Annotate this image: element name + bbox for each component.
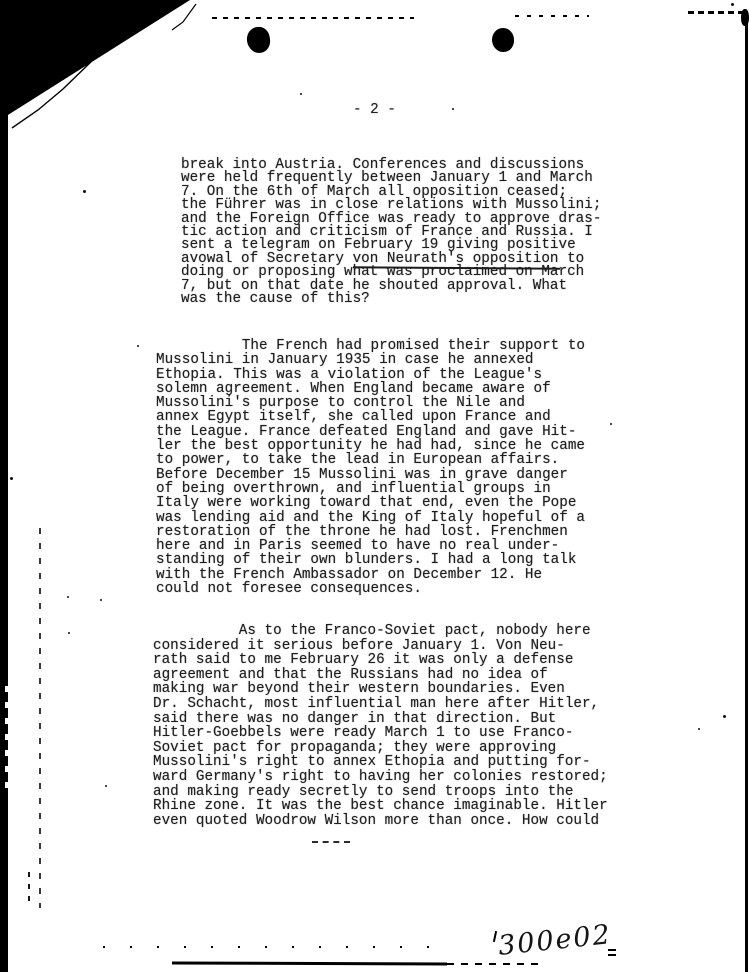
scan-speck (10, 477, 13, 480)
scanned-document-page: - 2 - break into Austria. Conferences an… (0, 0, 750, 972)
scan-speck (83, 190, 86, 193)
scan-top-dashes (688, 11, 744, 14)
scan-bottom-line (172, 962, 447, 966)
scan-margin-dashes (39, 528, 41, 908)
scan-speck (698, 728, 700, 730)
scan-left-edge-bar (0, 0, 8, 972)
scan-speck (67, 596, 69, 598)
hole-punch-right (492, 28, 514, 52)
scan-bottom-line-tail (447, 963, 543, 965)
letter-paragraph: break into Austria. Conferences and disc… (181, 159, 601, 306)
scan-speck (452, 108, 454, 110)
letter-paragraph: As to the Franco-Soviet pact, nobody her… (153, 624, 608, 828)
hole-punch-left (245, 26, 271, 55)
scan-right-edge-line (745, 13, 748, 972)
scan-margin-dashes (28, 872, 30, 908)
underline-woodrow-wilson (312, 841, 350, 843)
scan-bottom-dots (103, 946, 448, 948)
scan-speck (100, 599, 102, 601)
scan-speck (731, 3, 734, 6)
scan-speck (610, 423, 612, 425)
scan-speck (105, 785, 107, 787)
page-number: - 2 - (353, 102, 396, 118)
scan-speck (137, 345, 139, 347)
scan-speck (723, 715, 726, 718)
handwritten-archive-number: 300e02 (497, 919, 613, 962)
scan-speck (68, 632, 70, 634)
letter-paragraph: The French had promised their support to… (156, 339, 585, 596)
scan-speck (300, 93, 302, 95)
scan-right-edge-blob (741, 9, 749, 26)
scan-corner-artifact (0, 0, 190, 120)
scan-top-dashes (515, 15, 589, 17)
scan-left-bar-gaps (5, 686, 8, 790)
scan-top-dashes (212, 17, 414, 19)
